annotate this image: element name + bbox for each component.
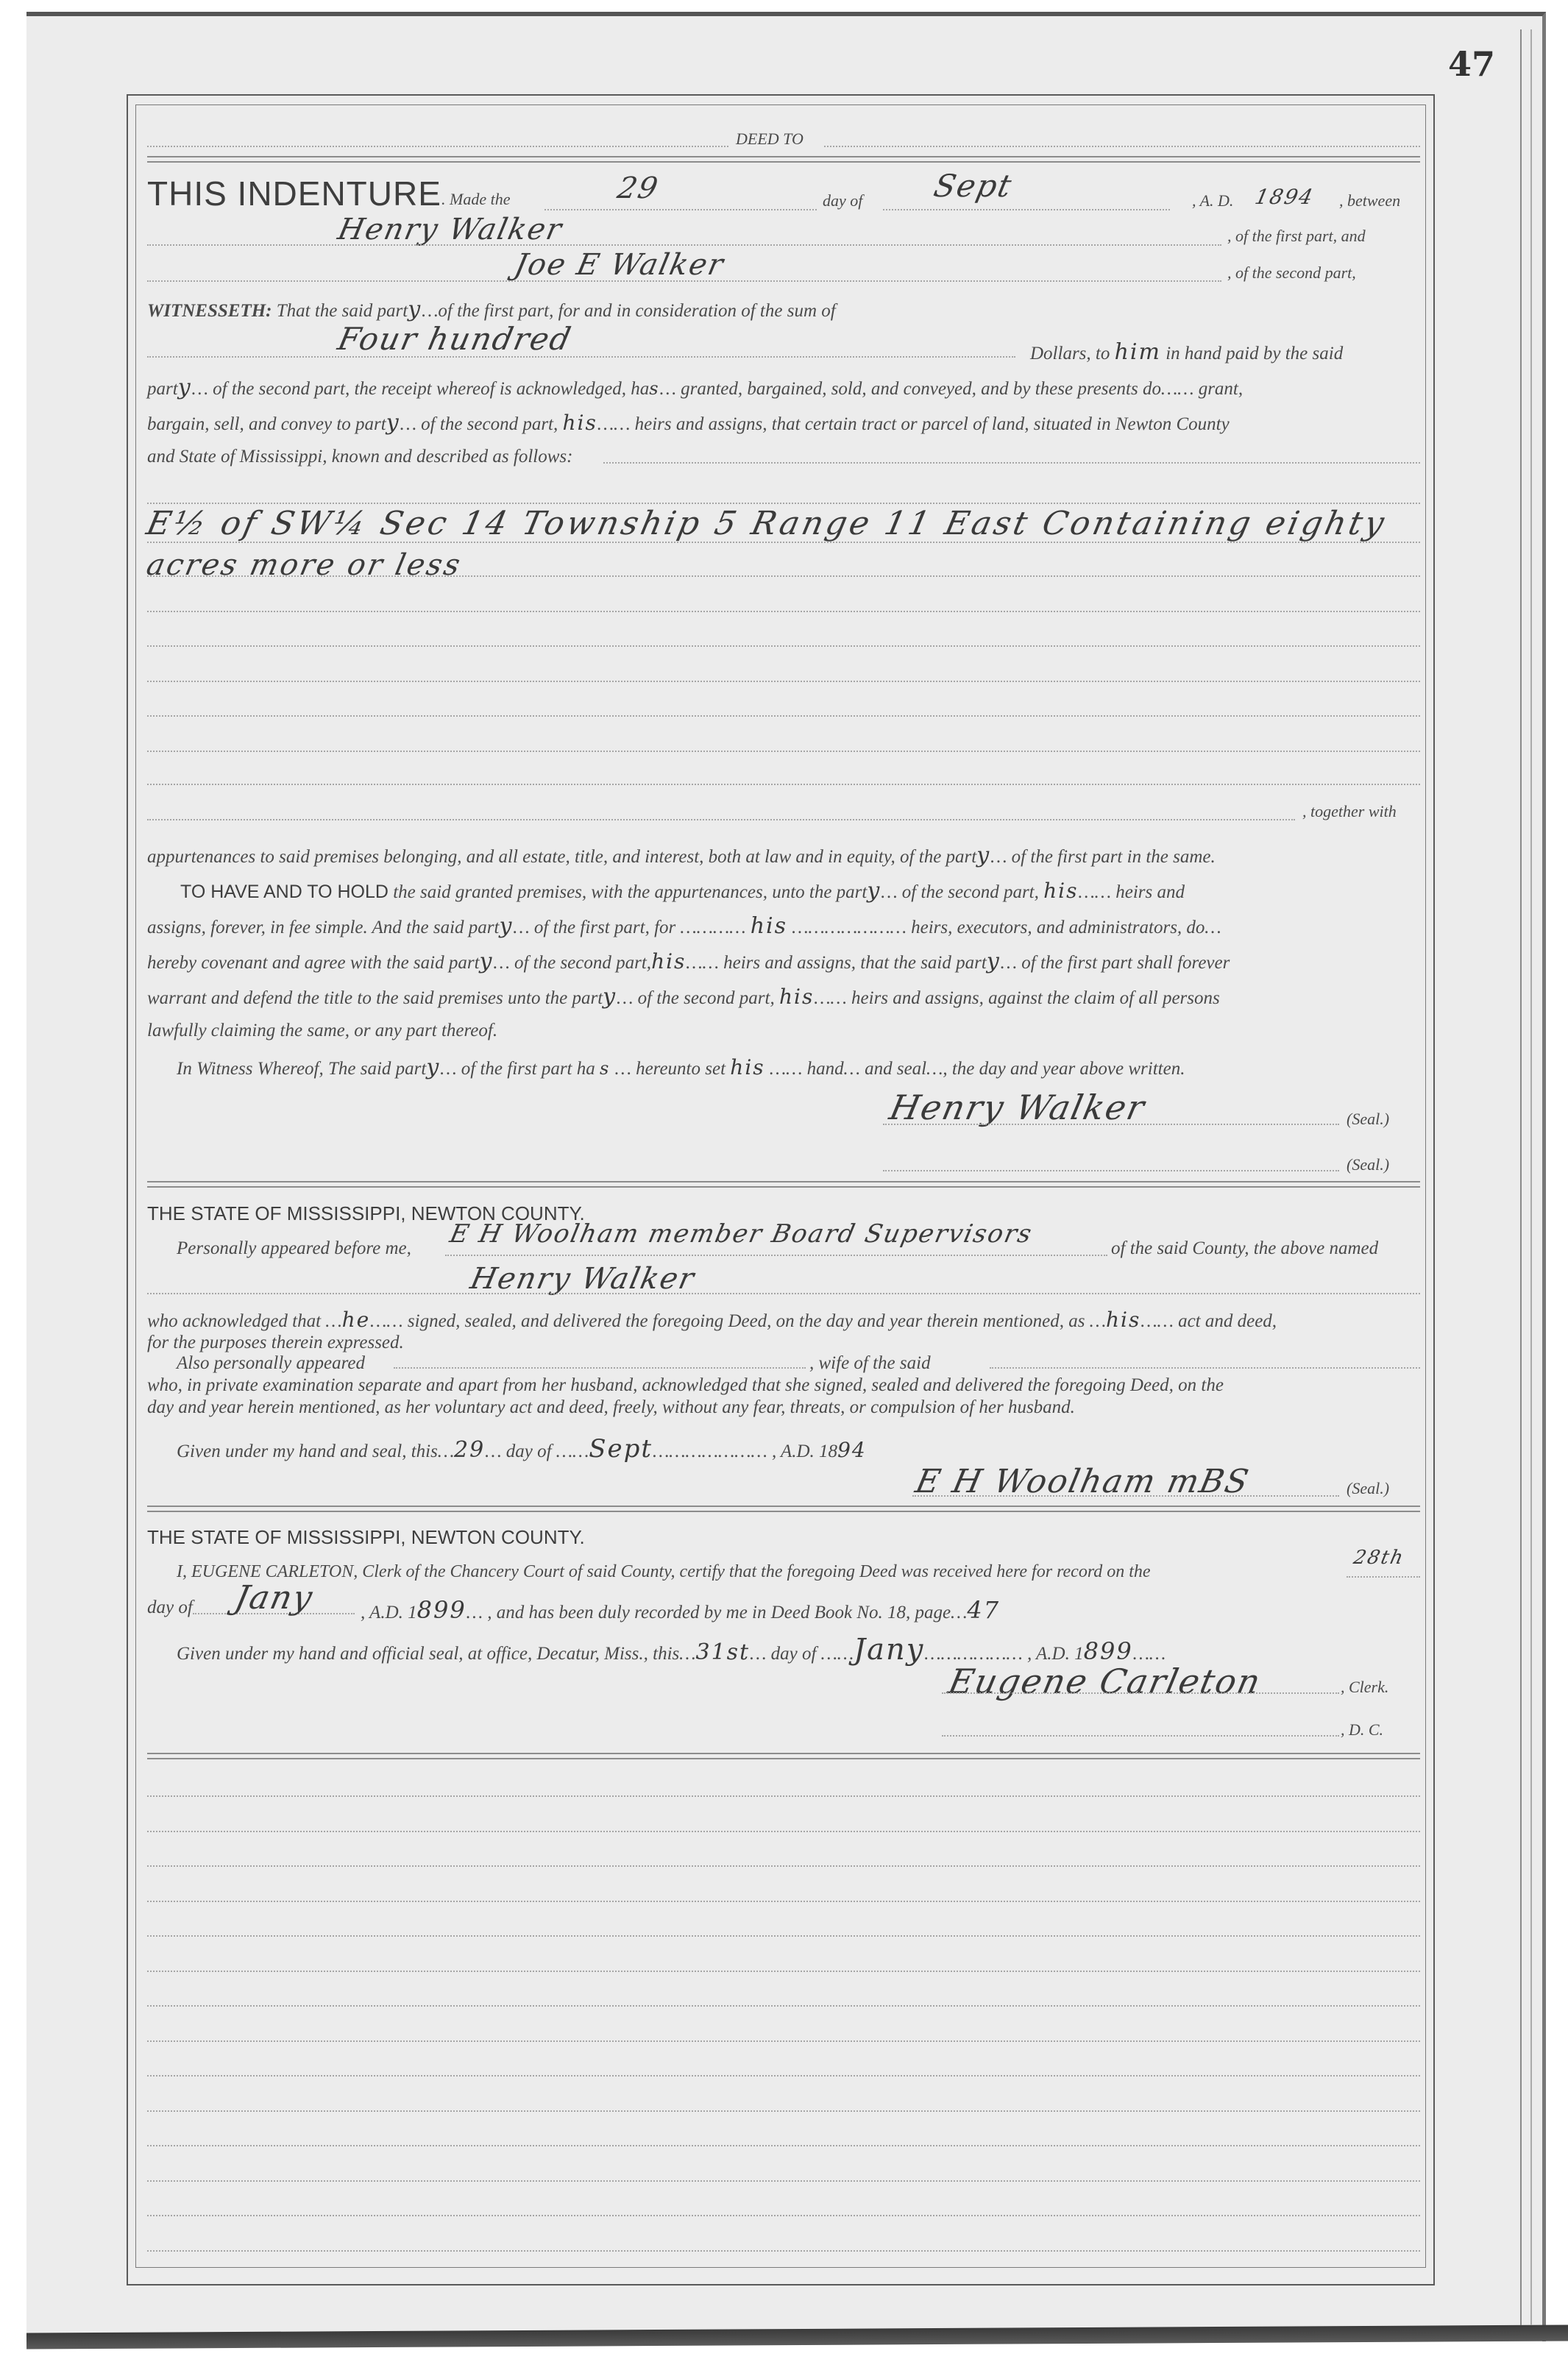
page-edge-line [1520,29,1522,2325]
warrant-line: warrant and defend the title to the said… [147,986,1220,1008]
text: part [147,379,178,399]
text: heirs and [1115,882,1185,902]
text: of the first part in the same. [1012,847,1216,867]
in-witness-line: In Witness Whereof, The said party… of t… [177,1057,1185,1079]
dc-label: , D. C. [1341,1722,1383,1738]
text: heirs and assigns, against the claim of … [851,988,1220,1008]
signature-line [912,1495,1339,1497]
officer-signature: E H Woolham mBS [912,1466,1252,1498]
text: Given under my hand and official seal, a… [177,1644,679,1664]
ruled-line [147,1901,1420,1902]
handwritten-page: 47 [967,1596,1000,1624]
ruled-line [147,1971,1420,1972]
voluntary-line: day and year herein mentioned, as her vo… [147,1398,1075,1416]
ruled-line [147,645,1420,647]
ruled-line [147,1795,1420,1797]
handwritten-mark: y [603,984,617,1010]
of-county-label: of the said County, the above named [1111,1239,1378,1258]
ruled-line [147,751,1420,752]
handwritten-year: 1894 [1253,187,1316,208]
to-have-label: TO HAVE AND TO HOLD [180,882,389,902]
first-part-label: , of the first part, and [1227,228,1366,244]
handwritten-grantor: Henry Walker [468,1264,698,1294]
ruled-line [147,356,1015,358]
text: who acknowledged that [147,1311,321,1331]
private-exam-line: who, in private examination separate and… [147,1376,1224,1394]
witnesseth-label: WITNESSETH: [147,301,272,321]
received-year-line: , A.D. 1899… , and has been duly recorde… [361,1598,1000,1622]
handwritten-mark: s [600,1058,610,1079]
text: of the first part, for and in considerat… [438,301,835,321]
signature-line [942,1692,1339,1694]
lawfully-line: lawfully claiming the same, or any part … [147,1021,497,1040]
witnesseth-line-4: bargain, sell, and convey to party… of t… [147,412,1230,434]
indenture-lead: THIS INDENTURE [147,174,441,213]
seal-label: (Seal.) [1347,1480,1389,1497]
text: in hand paid by the said [1166,344,1343,364]
handwritten-mark: y [178,375,192,400]
witnesseth-line-5: and State of Mississippi, known and desc… [147,447,572,466]
handwritten-month: Sept [589,1434,653,1464]
witnesseth-line-1: WITNESSETH: That the said party…of the f… [147,299,836,321]
ruled-line [147,2250,1420,2252]
ruled-line [990,1367,1420,1369]
handwritten-mark: y [426,1054,440,1080]
text: the said granted premises, with the appu… [393,882,867,902]
second-part-label: , of the second part, [1227,265,1356,281]
text: bargain, sell, and convey to part [147,414,386,434]
ruled-line [445,1255,1107,1256]
handwritten-mark: y [499,913,513,939]
text: , A.D. 18 [772,1441,837,1461]
handwritten-day: 29 [454,1437,485,1463]
text: hereunto set [636,1059,726,1079]
text: hereby covenant and agree with the said … [147,953,480,973]
dollars-label: Dollars, to him in hand paid by the said [1030,341,1343,364]
witnesseth-line-3: party… of the second part, the receipt w… [147,377,1243,399]
handwritten-month: Sept [932,171,1015,202]
double-rule [147,1506,1420,1512]
text: signed, sealed, and delivered the forego… [408,1311,1085,1331]
text: of the first part ha [461,1059,595,1079]
signature-line [883,1170,1339,1171]
together-with-label: , together with [1302,804,1397,820]
handwritten-mark: y [480,948,494,974]
to-have-line: TO HAVE AND TO HOLD the said granted pre… [180,880,1185,902]
clerk-label: , Clerk. [1341,1679,1388,1695]
text: , and has been duly recorded by me in De… [487,1603,951,1623]
text: warrant and defend the title to the said… [147,988,603,1008]
handwritten-pronoun: his [1043,879,1078,903]
handwritten-year: 94 [837,1438,867,1462]
text: That the said part [277,301,408,321]
between-label: , between [1339,193,1400,209]
text: heirs and assigns, that certain tract or… [635,414,1230,434]
handwritten-year: 899 [417,1596,467,1624]
handwritten-received-day: 28th [1352,1548,1406,1567]
handwritten-mark: s [649,378,659,399]
ruled-line [147,575,1420,577]
ruled-line [147,280,1221,282]
indenture-heading: THIS INDENTURE [147,177,441,210]
grantor-signature: Henry Walker [887,1091,1149,1124]
handwritten-mark: y [386,410,400,436]
handwritten-day: 29 [615,174,661,203]
given-line: Given under my hand and seal, this…29… d… [177,1436,867,1461]
clerk-intro-line: I, EUGENE CARLETON, Clerk of the Chancer… [177,1563,1151,1581]
page-number: 47 [1448,44,1495,84]
text: I, EUGENE CARLETON, Clerk of the Chancer… [177,1562,1151,1581]
handwritten-pronoun: him [1115,339,1161,365]
handwritten-mark: y [867,878,881,904]
handwritten-first-party: Henry Walker [336,215,566,244]
ruled-line [147,503,1420,504]
ruled-line [147,1293,1420,1294]
signature-line [942,1735,1339,1737]
seal-label: (Seal.) [1347,1157,1389,1173]
text: act and deed, [1178,1311,1277,1331]
ruled-line [883,209,1170,210]
handwritten-mark: y [987,948,1001,974]
ruled-line [147,542,1420,543]
ruled-line [147,1865,1420,1867]
handwritten-legal-description-1: E½ of SW¼ Sec 14 Township 5 Range 11 Eas… [143,508,1389,540]
ad-label: , A. D. [1192,193,1233,209]
ruled-line [147,2215,1420,2216]
handwritten-mark: y [976,843,990,868]
handwritten-officer: E H Woolham member Board Supervisors [447,1221,1035,1246]
handwritten-pronoun: his [1106,1308,1140,1332]
ruled-line [544,209,817,210]
form-title: DEED TO [736,131,803,147]
text: of the first part shall forever [1021,953,1230,973]
ruled-line [1347,1576,1420,1578]
text: of the second part, the receipt whereof … [213,379,649,399]
ruled-line [147,2145,1420,2146]
covenant-line: hereby covenant and agree with the said … [147,951,1230,973]
ruled-line [147,244,1221,246]
ruled-line [824,146,1420,147]
handwritten-pronoun: his [730,1055,765,1079]
text: assigns, forever, in fee simple. And the… [147,918,499,937]
appeared-label: Personally appeared before me, [177,1239,411,1258]
also-appeared-label: Also personally appeared [177,1354,365,1372]
text: of the second part, [902,882,1039,902]
text: of the first part, for [534,918,675,937]
ruled-line [147,1831,1420,1832]
double-rule [147,1753,1420,1759]
text: granted, bargained, sold, and conveyed, … [681,379,1161,399]
text: , A.D. 1 [361,1603,417,1623]
handwritten-pronoun: his [651,949,686,974]
handwritten-pronoun: his [751,913,787,939]
text: , A.D. 1 [1027,1644,1084,1664]
handwritten-second-party: Joe E Walker [512,250,727,280]
handwritten-pronoun: his [563,411,597,435]
text: grant, [1199,379,1243,399]
day-of-label: day of [147,1598,193,1617]
text: and seal [865,1059,926,1079]
ruled-line [147,819,1295,820]
appurtenances-line: appurtenances to said premises belonging… [147,845,1216,867]
text: Dollars, to [1030,344,1110,364]
text: heirs, executors, and administrators, do [911,918,1205,937]
text: appurtenances to said premises belonging… [147,847,976,867]
text: day of [506,1441,552,1461]
ruled-line [394,1367,806,1369]
handwritten-month: Jany [854,1633,924,1667]
ruled-line [147,611,1420,612]
ruled-line [147,2075,1420,2077]
double-rule [147,156,1420,163]
text: , the day and year above written. [943,1059,1185,1079]
ruled-line [147,681,1420,682]
made-the-label: . Made the [441,191,510,208]
wife-of-label: , wife of the said [809,1354,931,1372]
ruled-line [147,2040,1420,2042]
day-of-label: day of [823,193,862,209]
text: heirs and assigns, that the said part [723,953,987,973]
signature-line [883,1124,1339,1125]
acknowledged-line: who acknowledged that …he…… signed, seal… [147,1310,1277,1330]
ruled-line [147,146,728,147]
ruled-line [147,2005,1420,2007]
ruled-line [147,1935,1420,1937]
text: Given under my hand and seal, this [177,1441,438,1461]
handwritten-mark: y [408,297,422,322]
ruled-line [147,715,1420,717]
text: day of [771,1644,817,1664]
text: of the second part, [514,953,651,973]
text: In Witness Whereof, The said part [177,1059,426,1079]
purposes-line: for the purposes therein expressed. [147,1333,404,1352]
text: hand [807,1059,844,1079]
ruled-line [147,2110,1420,2112]
double-rule [147,1181,1420,1188]
handwritten-pronoun: he [342,1308,371,1332]
text: of the second part, [421,414,558,434]
ruled-line [147,784,1420,785]
ruled-line [603,462,1420,464]
handwritten-received-month: Jany [232,1582,316,1614]
ruled-line [147,2180,1420,2182]
given-official-line: Given under my hand and official seal, a… [177,1635,1166,1664]
assigns-line: assigns, forever, in fee simple. And the… [147,915,1221,937]
handwritten-sum: Four hundred [336,324,575,355]
handwritten-pronoun: his [779,985,814,1009]
handwritten-day: 31st [695,1639,750,1665]
seal-label: (Seal.) [1347,1111,1389,1127]
certificate-heading: THE STATE OF MISSISSIPPI, NEWTON COUNTY. [147,1528,585,1547]
text: of the second part, [638,988,775,1008]
page-edge-line [1530,29,1532,2325]
